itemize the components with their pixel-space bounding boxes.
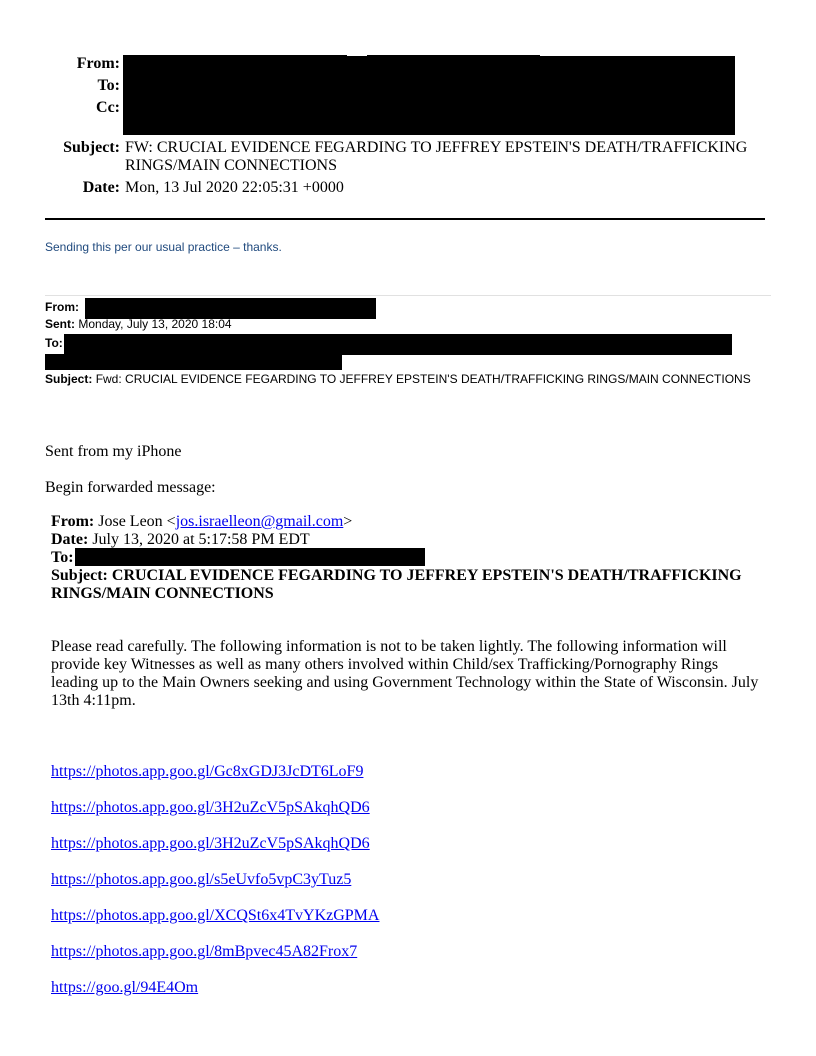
fwd-date-label: Date: [51, 531, 88, 548]
outlook-sent-value: Monday, July 13, 2020 18:04 [78, 317, 231, 331]
outlook-sent-label: Sent: [45, 317, 75, 331]
fwd-subject-label: Subject: [51, 567, 108, 584]
fwd-subject: Subject: CRUCIAL EVIDENCE FEGARDING TO J… [51, 567, 771, 603]
redaction-notch [540, 53, 735, 56]
fwd-from-close: > [343, 513, 352, 530]
subject-line-1: FW: CRUCIAL EVIDENCE FEGARDING TO JEFFRE… [125, 139, 747, 157]
outlook-from-line: From: [45, 300, 79, 315]
redaction-block-recipients [123, 55, 735, 135]
outlook-from-label: From: [45, 300, 79, 314]
fwd-from-line: From: Jose Leon <jos.israelleon@gmail.co… [51, 513, 352, 531]
date-label: Date: [40, 179, 120, 197]
message-paragraph: Please read carefully. The following inf… [51, 638, 766, 710]
fwd-to-label: To: [51, 549, 74, 566]
outlook-to-label: To: [45, 336, 63, 350]
photo-link[interactable]: https://photos.app.goo.gl/s5eUvfo5vpC3yT… [51, 871, 351, 888]
to-label: To: [40, 77, 120, 95]
fwd-date-line: Date: July 13, 2020 at 5:17:58 PM EDT [51, 531, 310, 549]
outlook-subject-label: Subject: [45, 372, 92, 386]
fwd-from-name: Jose Leon < [98, 513, 175, 530]
fwd-from-email-link[interactable]: jos.israelleon@gmail.com [176, 513, 344, 530]
from-label: From: [40, 55, 120, 73]
photo-link[interactable]: https://photos.app.goo.gl/3H2uZcV5pSAkqh… [51, 835, 370, 852]
photo-link[interactable]: https://photos.app.goo.gl/8mBpvec45A82Fr… [51, 943, 357, 960]
outlook-subject-line: Subject: Fwd: CRUCIAL EVIDENCE FEGARDING… [45, 372, 751, 387]
fwd-from-label: From: [51, 513, 94, 530]
outlook-subject-value: Fwd: CRUCIAL EVIDENCE FEGARDING TO JEFFR… [96, 372, 751, 386]
photo-link[interactable]: https://photos.app.goo.gl/Gc8xGDJ3JcDT6L… [51, 763, 363, 780]
short-link[interactable]: https://goo.gl/94E4Om [51, 979, 198, 996]
date-value: Mon, 13 Jul 2020 22:05:31 +0000 [125, 179, 344, 197]
begin-forwarded: Begin forwarded message: [45, 479, 216, 497]
subject-label: Subject: [40, 139, 120, 157]
photo-link[interactable]: https://photos.app.goo.gl/3H2uZcV5pSAkqh… [51, 799, 370, 816]
redaction-outlook-from [85, 298, 376, 319]
sent-from-iphone: Sent from my iPhone [45, 443, 181, 461]
outlook-divider [45, 295, 771, 296]
redaction-notch [347, 53, 367, 56]
fwd-date-value: July 13, 2020 at 5:17:58 PM EDT [92, 531, 309, 548]
cover-note: Sending this per our usual practice – th… [45, 240, 282, 254]
subject-line-2: RINGS/MAIN CONNECTIONS [125, 157, 337, 175]
redaction-fwd-to [75, 548, 425, 566]
redaction-outlook-to [64, 334, 732, 355]
photo-link[interactable]: https://photos.app.goo.gl/XCQSt6x4TvYKzG… [51, 907, 379, 924]
fwd-subject-value: CRUCIAL EVIDENCE FEGARDING TO JEFFREY EP… [51, 567, 742, 602]
redaction-outlook-to-cont [45, 354, 342, 370]
fwd-to-line: To: [51, 549, 74, 567]
outlook-to-line: To: [45, 336, 63, 351]
header-divider [45, 218, 765, 220]
outlook-sent-line: Sent: Monday, July 13, 2020 18:04 [45, 317, 232, 332]
cc-label: Cc: [40, 99, 120, 117]
